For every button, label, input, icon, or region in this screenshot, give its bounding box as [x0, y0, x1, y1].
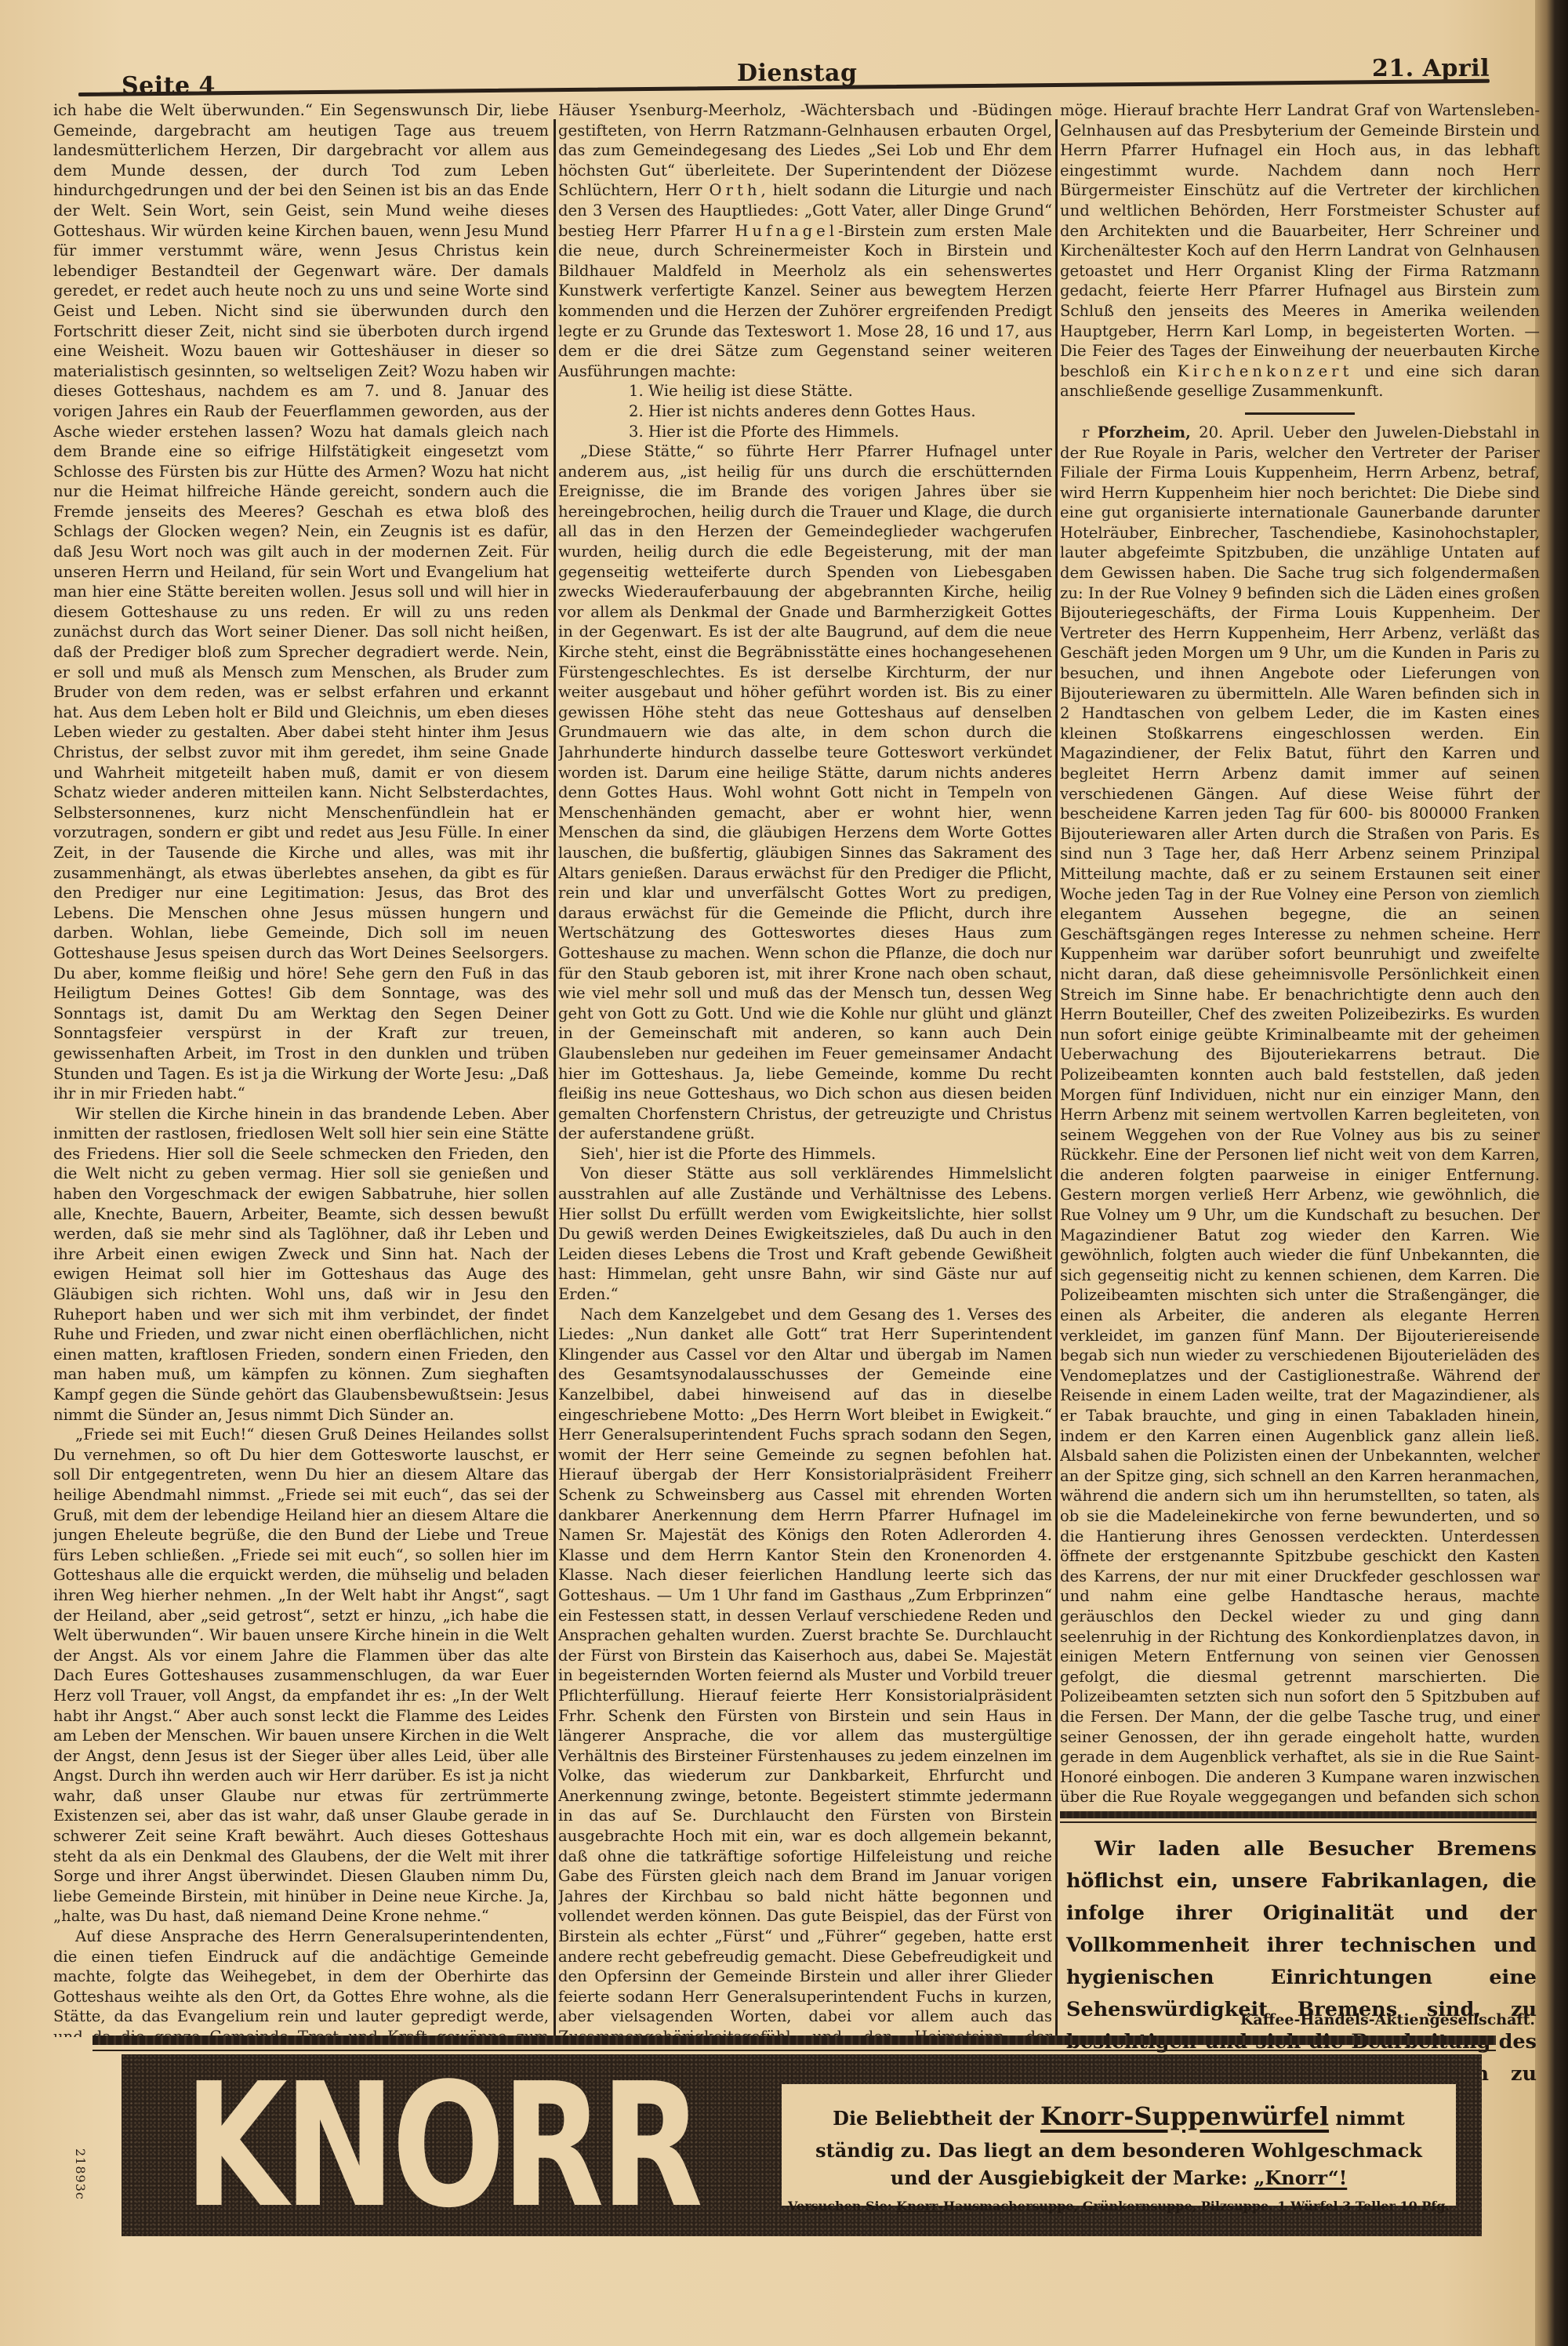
article-paragraph: möge. Hierauf brachte Herr Landrat Graf … — [1060, 100, 1540, 401]
book-binding-edge — [1535, 0, 1568, 2346]
brand-name: „Knorr“! — [1254, 2166, 1348, 2189]
list-item: 2. Hier ist nichts anderes denn Gottes H… — [629, 401, 1052, 422]
article-paragraph: Von dieser Stätte aus soll verklärendes … — [558, 1164, 1052, 1304]
spaced-word-kirchenkonzert: Kirchenkonzert — [1178, 362, 1353, 380]
author-mark: r — [1082, 423, 1089, 441]
article-paragraph: „Friede sei mit Euch!“ diesen Gruß Deine… — [53, 1425, 549, 1927]
knorr-logo-wordmark: KNORR — [184, 2068, 564, 2225]
article-separator — [1245, 412, 1355, 415]
list-item: 3. Hier ist die Pforte des Himmels. — [629, 422, 1052, 442]
article-paragraph: Auf diese Ansprache des Herrn Generalsup… — [53, 1927, 549, 2037]
article-paragraph: „Diese Stätte,“ so führte Herr Pfarrer H… — [558, 441, 1052, 1144]
ad-reference-code: 21893c — [73, 2148, 88, 2200]
issue-date: 21. April — [1372, 55, 1490, 82]
article-paragraph: Wir stellen die Kirche hinein in das bra… — [53, 1104, 549, 1425]
knorr-ad: KNORR Die Beliebtheit der Knorr-Suppenwü… — [122, 2054, 1482, 2236]
product-name: Knorr-Suppenwürfel — [1040, 2101, 1329, 2131]
article-paragraph: Sieh', hier ist die Pforte des Himmels. — [558, 1144, 1052, 1164]
knorr-ad-text-panel: Die Beliebtheit der Knorr-Suppenwürfel n… — [782, 2084, 1456, 2206]
weekday-label: Dienstag — [737, 60, 857, 87]
section-rule — [93, 2035, 1496, 2045]
person-name-hufnagel: Hufnagel — [735, 222, 838, 240]
ad-signature: Kaffee-Handels-Aktiengesellschaft. — [1152, 2011, 1535, 2028]
ad-top-rule — [1060, 1811, 1537, 1818]
right-column-articles: möge. Hierauf brachte Herr Landrat Graf … — [1060, 100, 1540, 1806]
column-divider — [1055, 119, 1058, 2040]
person-name-orth: Orth — [710, 181, 761, 199]
dateline-city: Pforzheim, — [1098, 423, 1191, 441]
news-article-pforzheim: r Pforzheim, 20. April. Ueber den Juwele… — [1060, 423, 1540, 1806]
column-divider — [554, 119, 556, 2040]
article-paragraph: ich habe die Welt überwunden.“ Ein Segen… — [53, 100, 549, 1104]
ad-top-rule — [1060, 1821, 1537, 1823]
middle-column-article: Häuser Ysenburg-Meerholz, -Wächtersbach … — [558, 100, 1052, 2037]
sermon-points-list: 1. Wie heilig ist diese Stätte. 2. Hier … — [558, 381, 1052, 441]
dateline-date: 20. April. — [1199, 423, 1274, 441]
article-paragraph: Häuser Ysenburg-Meerholz, -Wächtersbach … — [558, 100, 1052, 381]
list-item: 1. Wie heilig ist diese Stätte. — [629, 381, 1052, 401]
article-paragraph: Nach dem Kanzelgebet und dem Gesang des … — [558, 1305, 1052, 2037]
left-column-article: ich habe die Welt überwunden.“ Ein Segen… — [53, 100, 549, 2037]
